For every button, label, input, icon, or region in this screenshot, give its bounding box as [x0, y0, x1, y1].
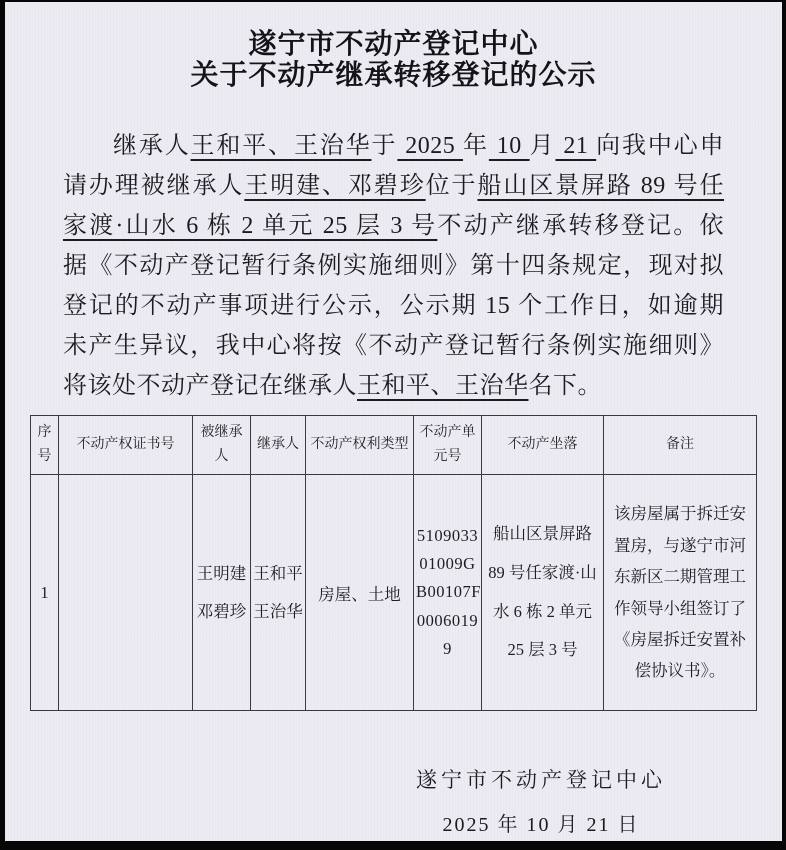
- underlined-text: 2025: [397, 133, 463, 159]
- notice-title-line2: 关于不动产继承转移登记的公示: [5, 59, 782, 90]
- table-header-row: 序号 不动产权证书号 被继承人 继承人 不动产权利类型 不动产单元号 不动产坐落…: [31, 416, 757, 475]
- cell-decedents: 王明建 邓碧珍: [193, 475, 251, 711]
- column-header-remark: 备注: [604, 416, 757, 475]
- paragraph-line: 未产生异议，我中心将按《不动产登记暂行条例实施细则》: [63, 326, 724, 366]
- column-header-seq: 序号: [31, 416, 59, 475]
- text-segment: 请办理被继承人: [63, 173, 244, 199]
- column-header-location: 不动产坐落: [482, 416, 604, 475]
- underlined-text: 10: [489, 133, 530, 159]
- cell-unit-no: 5109033 01009G B00107F 0006019 9: [414, 475, 482, 711]
- cell-cert-no: [59, 475, 193, 711]
- column-header-decedent: 被继承人: [193, 416, 251, 475]
- registration-table: 序号 不动产权证书号 被继承人 继承人 不动产权利类型 不动产单元号 不动产坐落…: [30, 415, 757, 711]
- paragraph-line: 登记的不动产事项进行公示，公示期 15 个工作日，如逾期: [63, 286, 724, 326]
- cell-heirs: 王和平 王治华: [251, 475, 306, 711]
- text-segment: 于: [371, 133, 397, 159]
- underlined-text: 家渡·山水 6 栋 2 单元 25 层 3 号: [63, 213, 437, 239]
- text-segment: 位于: [426, 173, 478, 199]
- signature-block: 遂宁市不动产登记中心 2025 年 10 月 21 日: [416, 769, 666, 836]
- text-segment: 未产生异议，我中心将按《不动产登记暂行条例实施细则》: [63, 333, 724, 359]
- text-segment: 将该处不动产登记在继承人: [63, 373, 357, 399]
- paragraph-line: 据《不动产登记暂行条例实施细则》第十四条规定，现对拟: [63, 246, 724, 286]
- cell-location: 船山区景屏路 89 号任家渡·山水 6 栋 2 单元 25 层 3 号: [482, 475, 604, 711]
- text-segment: 不动产继承转移登记。依: [437, 213, 724, 239]
- paragraph-line: 家渡·山水 6 栋 2 单元 25 层 3 号不动产继承转移登记。依: [63, 206, 724, 246]
- paragraph-line: 请办理被继承人王明建、邓碧珍位于船山区景屏路 89 号任: [63, 166, 724, 206]
- column-header-heir: 继承人: [251, 416, 306, 475]
- cell-remark: 该房屋属于拆迁安置房，与遂宁市河东新区二期管理工作领导小组签订了《房屋拆迁安置补…: [604, 475, 757, 711]
- text-segment: 继承人: [113, 133, 191, 159]
- underlined-text: 21: [555, 133, 596, 159]
- table-row: 1 王明建 邓碧珍 王和平 王治华 房屋、土地 5109033 01009G B…: [31, 475, 757, 711]
- text-segment: 登记的不动产事项进行公示，公示期 15 个工作日，如逾期: [63, 293, 724, 319]
- text-segment: 名下。: [529, 373, 603, 399]
- paragraph-line: 继承人王和平、王治华于 2025 年 10 月 21 向我中心申: [63, 126, 724, 166]
- underlined-text: 王明建、邓碧珍: [244, 173, 425, 199]
- document-page: 遂宁市不动产登记中心 关于不动产继承转移登记的公示 继承人王和平、王治华于 20…: [5, 2, 782, 841]
- notice-title-line1: 遂宁市不动产登记中心: [5, 28, 782, 59]
- column-header-right-type: 不动产权利类型: [306, 416, 414, 475]
- cell-right-type: 房屋、土地: [306, 475, 414, 711]
- cell-seq: 1: [31, 475, 59, 711]
- notice-title: 遂宁市不动产登记中心 关于不动产继承转移登记的公示: [5, 28, 782, 90]
- text-segment: 向我中心申: [596, 133, 724, 159]
- underlined-text: 王和平、王治华: [191, 133, 372, 159]
- text-segment: 月: [530, 133, 556, 159]
- text-segment: 年: [463, 133, 489, 159]
- paragraph-line: 将该处不动产登记在继承人王和平、王治华名下。: [63, 366, 724, 406]
- issuer-signature: 遂宁市不动产登记中心: [416, 769, 666, 791]
- column-header-unit-no: 不动产单元号: [414, 416, 482, 475]
- underlined-text: 船山区景屏路 89 号任: [477, 173, 724, 199]
- text-segment: 据《不动产登记暂行条例实施细则》第十四条规定，现对拟: [63, 253, 724, 279]
- column-header-cert-no: 不动产权证书号: [59, 416, 193, 475]
- issue-date: 2025 年 10 月 21 日: [416, 815, 666, 836]
- underlined-text: 王和平、王治华: [357, 373, 529, 399]
- notice-paragraph: 继承人王和平、王治华于 2025 年 10 月 21 向我中心申请办理被继承人王…: [63, 126, 724, 406]
